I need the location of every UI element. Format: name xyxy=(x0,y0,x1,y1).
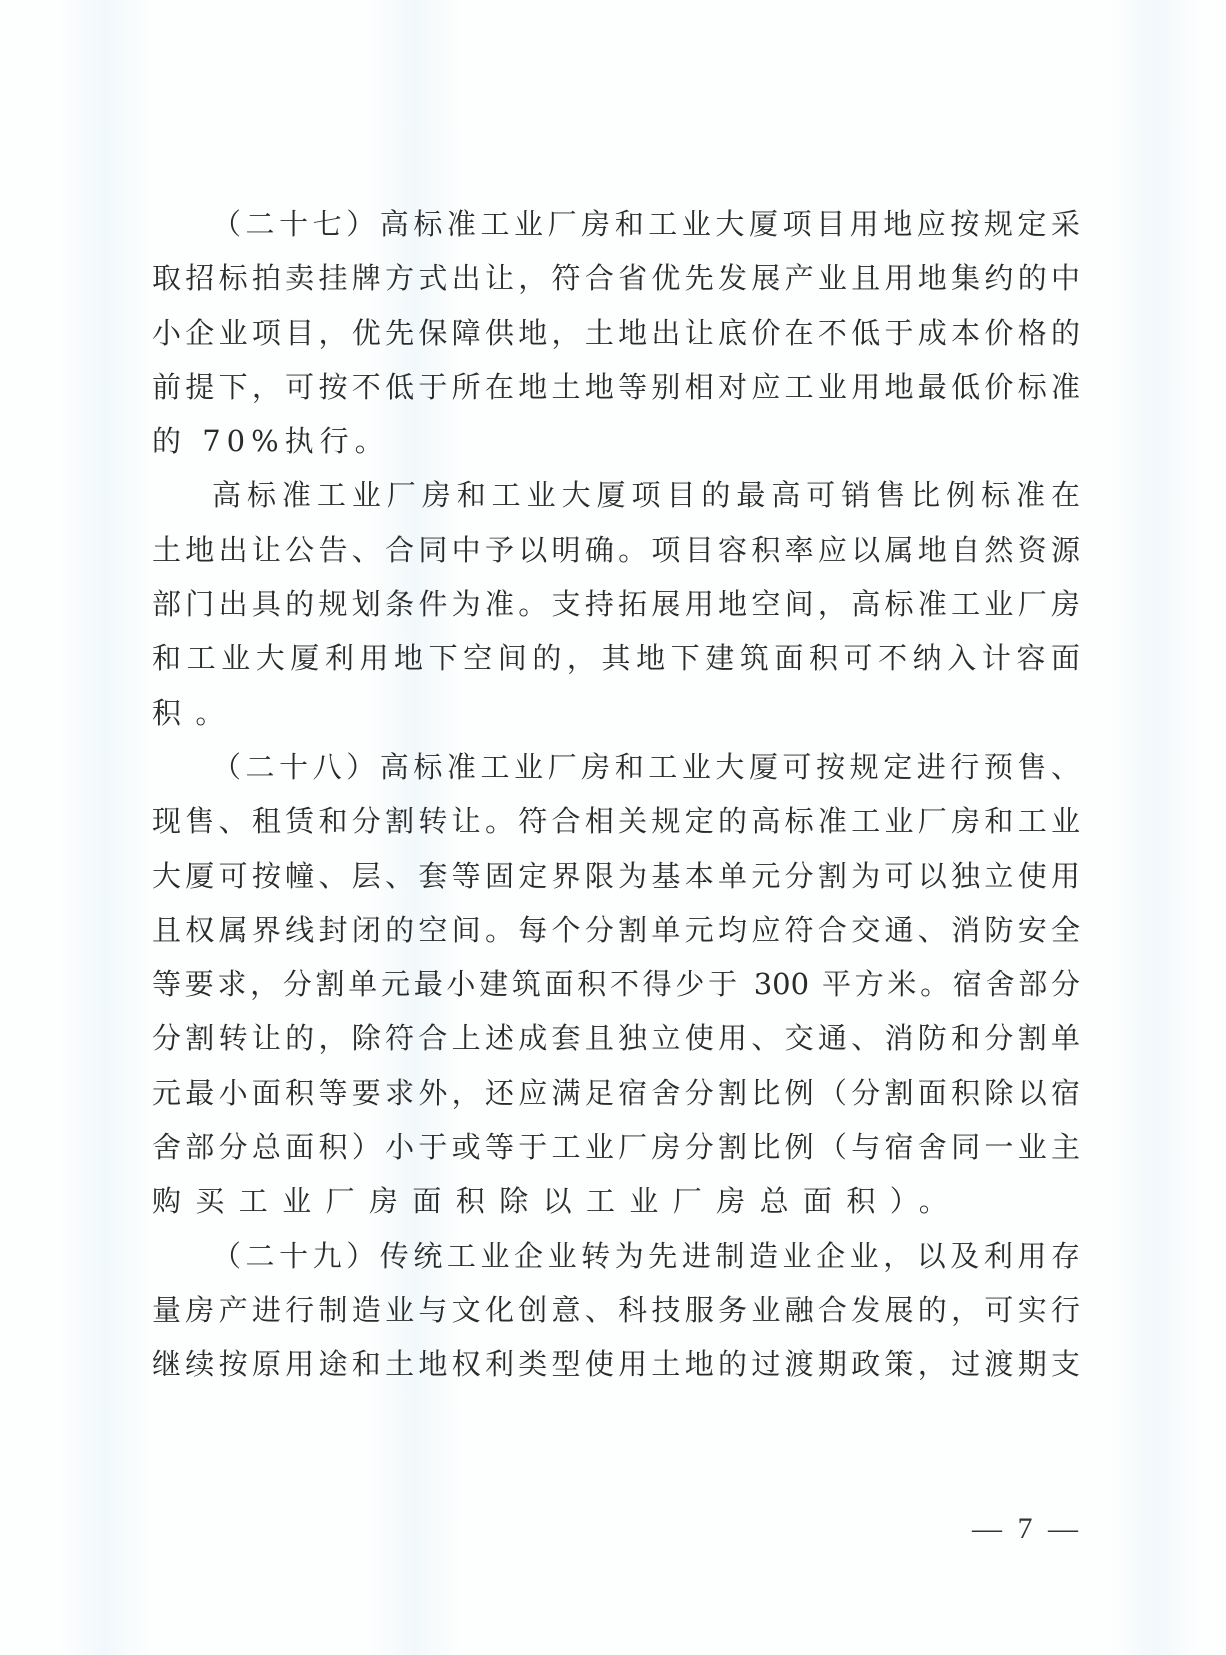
text-line: 的 70%执行。 xyxy=(152,419,1080,473)
scan-artifact xyxy=(60,0,150,1655)
text-line: 取招标拍卖挂牌方式出让，符合省优先发展产业且用地集约的中 xyxy=(152,256,1080,310)
text-line: （二十八）高标准工业厂房和工业大厦可按规定进行预售、 xyxy=(152,745,1080,799)
text-line: 大厦可按幢、层、套等固定界限为基本单元分割为可以独立使用 xyxy=(152,854,1080,908)
text-line: 部门出具的规划条件为准。支持拓展用地空间，高标准工业厂房 xyxy=(152,582,1080,636)
text-line: 量房产进行制造业与文化创意、科技服务业融合发展的，可实行 xyxy=(152,1288,1080,1342)
text-line: 现售、租赁和分割转让。符合相关规定的高标准工业厂房和工业 xyxy=(152,799,1080,853)
paragraph-27-continued: 高标准工业厂房和工业大厦项目的最高可销售比例标准在 土地出让公告、合同中予以明确… xyxy=(152,473,1080,744)
text-line: 高标准工业厂房和工业大厦项目的最高可销售比例标准在 xyxy=(152,473,1080,527)
text-line: 和工业大厦利用地下空间的，其地下建筑面积可不纳入计容面 xyxy=(152,636,1080,690)
paragraph-28: （二十八）高标准工业厂房和工业大厦可按规定进行预售、 现售、租赁和分割转让。符合… xyxy=(152,745,1080,1234)
text-line: 购买工业厂房面积除以工业厂房总面积）。 xyxy=(152,1179,1080,1233)
text-line: 舍部分总面积）小于或等于工业厂房分割比例（与宿舍同一业主 xyxy=(152,1125,1080,1179)
scan-artifact xyxy=(1110,0,1200,1655)
text-line: 积。 xyxy=(152,691,1080,745)
page-number: — 7 — xyxy=(972,1512,1082,1546)
text-line: 前提下，可按不低于所在地土地等别相对应工业用地最低价标准 xyxy=(152,365,1080,419)
text-line: 元最小面积等要求外，还应满足宿舍分割比例（分割面积除以宿 xyxy=(152,1071,1080,1125)
text-line: 小企业项目，优先保障供地，土地出让底价在不低于成本价格的 xyxy=(152,311,1080,365)
document-body: （二十七）高标准工业厂房和工业大厦项目用地应按规定采 取招标拍卖挂牌方式出让，符… xyxy=(152,202,1080,1397)
text-line: 等要求，分割单元最小建筑面积不得少于 300 平方米。宿舍部分 xyxy=(152,962,1080,1016)
text-line: （二十九）传统工业企业转为先进制造业企业，以及利用存 xyxy=(152,1234,1080,1288)
text-line: 分割转让的，除符合上述成套且独立使用、交通、消防和分割单 xyxy=(152,1016,1080,1070)
paragraph-29: （二十九）传统工业企业转为先进制造业企业，以及利用存 量房产进行制造业与文化创意… xyxy=(152,1234,1080,1397)
text-line: 继续按原用途和土地权利类型使用土地的过渡期政策，过渡期支 xyxy=(152,1342,1080,1396)
text-line: （二十七）高标准工业厂房和工业大厦项目用地应按规定采 xyxy=(152,202,1080,256)
text-line: 且权属界线封闭的空间。每个分割单元均应符合交通、消防安全 xyxy=(152,908,1080,962)
text-line: 土地出让公告、合同中予以明确。项目容积率应以属地自然资源 xyxy=(152,528,1080,582)
paragraph-27: （二十七）高标准工业厂房和工业大厦项目用地应按规定采 取招标拍卖挂牌方式出让，符… xyxy=(152,202,1080,473)
